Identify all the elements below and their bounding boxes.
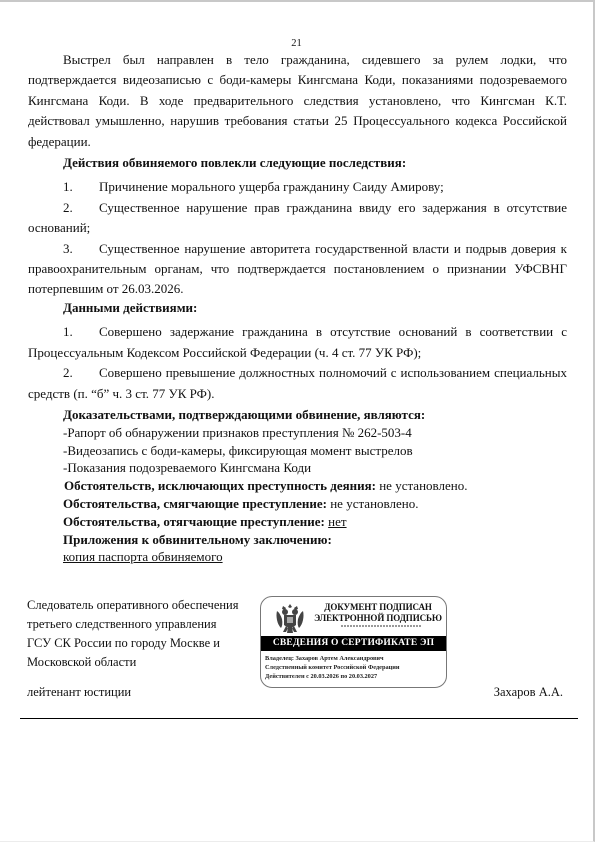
evidence-heading: Доказательствами, подтверждающими обвине… (28, 406, 567, 424)
consequences-section: Действия обвиняемого повлекли следующие … (28, 153, 567, 300)
list-text: Существенное нарушение авторитета госуда… (28, 241, 567, 297)
action-item: 1.Совершено задержание гражданина в отсу… (28, 322, 567, 363)
electronic-signature-stamp: ДОКУМЕНТ ПОДПИСАН ЭЛЕКТРОННОЙ ПОДПИСЬЮ С… (260, 596, 447, 688)
signer-rank: лейтенант юстиции (27, 685, 131, 700)
evidence-item: -Видеозапись с боди-камеры, фиксирующая … (28, 442, 567, 460)
certificate-details: Владелец: Захаров Артем Александрович Сл… (265, 654, 400, 681)
attachments-heading: Приложения к обвинительному заключению: (28, 531, 567, 549)
certificate-serial-line (341, 625, 421, 627)
consequences-heading: Действия обвиняемого повлекли следующие … (28, 153, 567, 173)
aggravating-label: Обстоятельства, отягчающие преступление: (63, 514, 325, 529)
excluding-circumstances: Обстоятельств, исключающих преступность … (28, 477, 567, 495)
list-number: 2. (63, 363, 99, 383)
consequence-item: 1.Причинение морального ущерба гражданин… (28, 177, 567, 197)
list-number: 2. (63, 198, 99, 218)
evidence-section: Доказательствами, подтверждающими обвине… (28, 406, 567, 566)
mitigating-label: Обстоятельства, смягчающие преступление: (63, 496, 327, 511)
list-number: 1. (63, 322, 99, 342)
page-number: 21 (0, 38, 593, 49)
horizontal-rule (20, 718, 578, 719)
consequence-item: 2.Существенное нарушение прав гражданина… (28, 198, 567, 239)
certificate-validity: Действителен с 20.03.2026 по 20.03.2027 (265, 672, 400, 681)
signer-name: Захаров А.А. (494, 685, 563, 700)
stamp-title-line: ДОКУМЕНТ ПОДПИСАН (311, 602, 445, 613)
russian-coat-of-arms-icon (273, 601, 307, 635)
position-line: Следователь оперативного обеспечения (27, 596, 257, 615)
position-line: Московской области (27, 653, 257, 672)
excluding-label: Обстоятельств, исключающих преступность … (64, 478, 376, 493)
list-number: 3. (63, 239, 99, 259)
position-line: третьего следственного управления (27, 615, 257, 634)
attachment-item: копия паспорта обвиняемого (28, 548, 567, 566)
aggravating-value: нет (328, 514, 346, 529)
stamp-title: ДОКУМЕНТ ПОДПИСАН ЭЛЕКТРОННОЙ ПОДПИСЬЮ (311, 602, 445, 623)
evidence-item: -Рапорт об обнаружении признаков преступ… (28, 424, 567, 442)
document-page: 21 Выстрел был направлен в тело граждани… (0, 0, 595, 842)
position-line: ГСУ СК России по городу Москве и (27, 634, 257, 653)
certificate-owner: Владелец: Захаров Артем Александрович (265, 654, 400, 663)
certificate-info-band: СВЕДЕНИЯ О СЕРТИФИКАТЕ ЭП (261, 636, 446, 651)
actions-section: Данными действиями: 1.Совершено задержан… (28, 298, 567, 404)
mitigating-value: не установлено. (327, 496, 419, 511)
list-text: Совершено задержание гражданина в отсутс… (28, 324, 567, 359)
consequence-item: 3.Существенное нарушение авторитета госу… (28, 239, 567, 300)
intro-section: Выстрел был направлен в тело гражданина,… (28, 50, 567, 152)
aggravating-circumstances: Обстоятельства, отягчающие преступление:… (28, 513, 567, 531)
action-item: 2.Совершено превышение должностных полно… (28, 363, 567, 404)
actions-heading: Данными действиями: (28, 298, 567, 318)
signer-position: Следователь оперативного обеспечения тре… (27, 596, 257, 672)
list-text: Существенное нарушение прав гражданина в… (28, 200, 567, 235)
list-text: Причинение морального ущерба гражданину … (99, 179, 444, 194)
evidence-item: -Показания подозреваемого Кингсмана Коди (28, 459, 567, 477)
stamp-title-line: ЭЛЕКТРОННОЙ ПОДПИСЬЮ (311, 613, 445, 624)
intro-paragraph: Выстрел был направлен в тело гражданина,… (28, 50, 567, 152)
excluding-value: не установлено. (376, 478, 468, 493)
list-text: Совершено превышение должностных полномо… (28, 365, 567, 400)
certificate-organization: Следственный комитет Российской Федераци… (265, 663, 400, 672)
list-number: 1. (63, 177, 99, 197)
mitigating-circumstances: Обстоятельства, смягчающие преступление:… (28, 495, 567, 513)
